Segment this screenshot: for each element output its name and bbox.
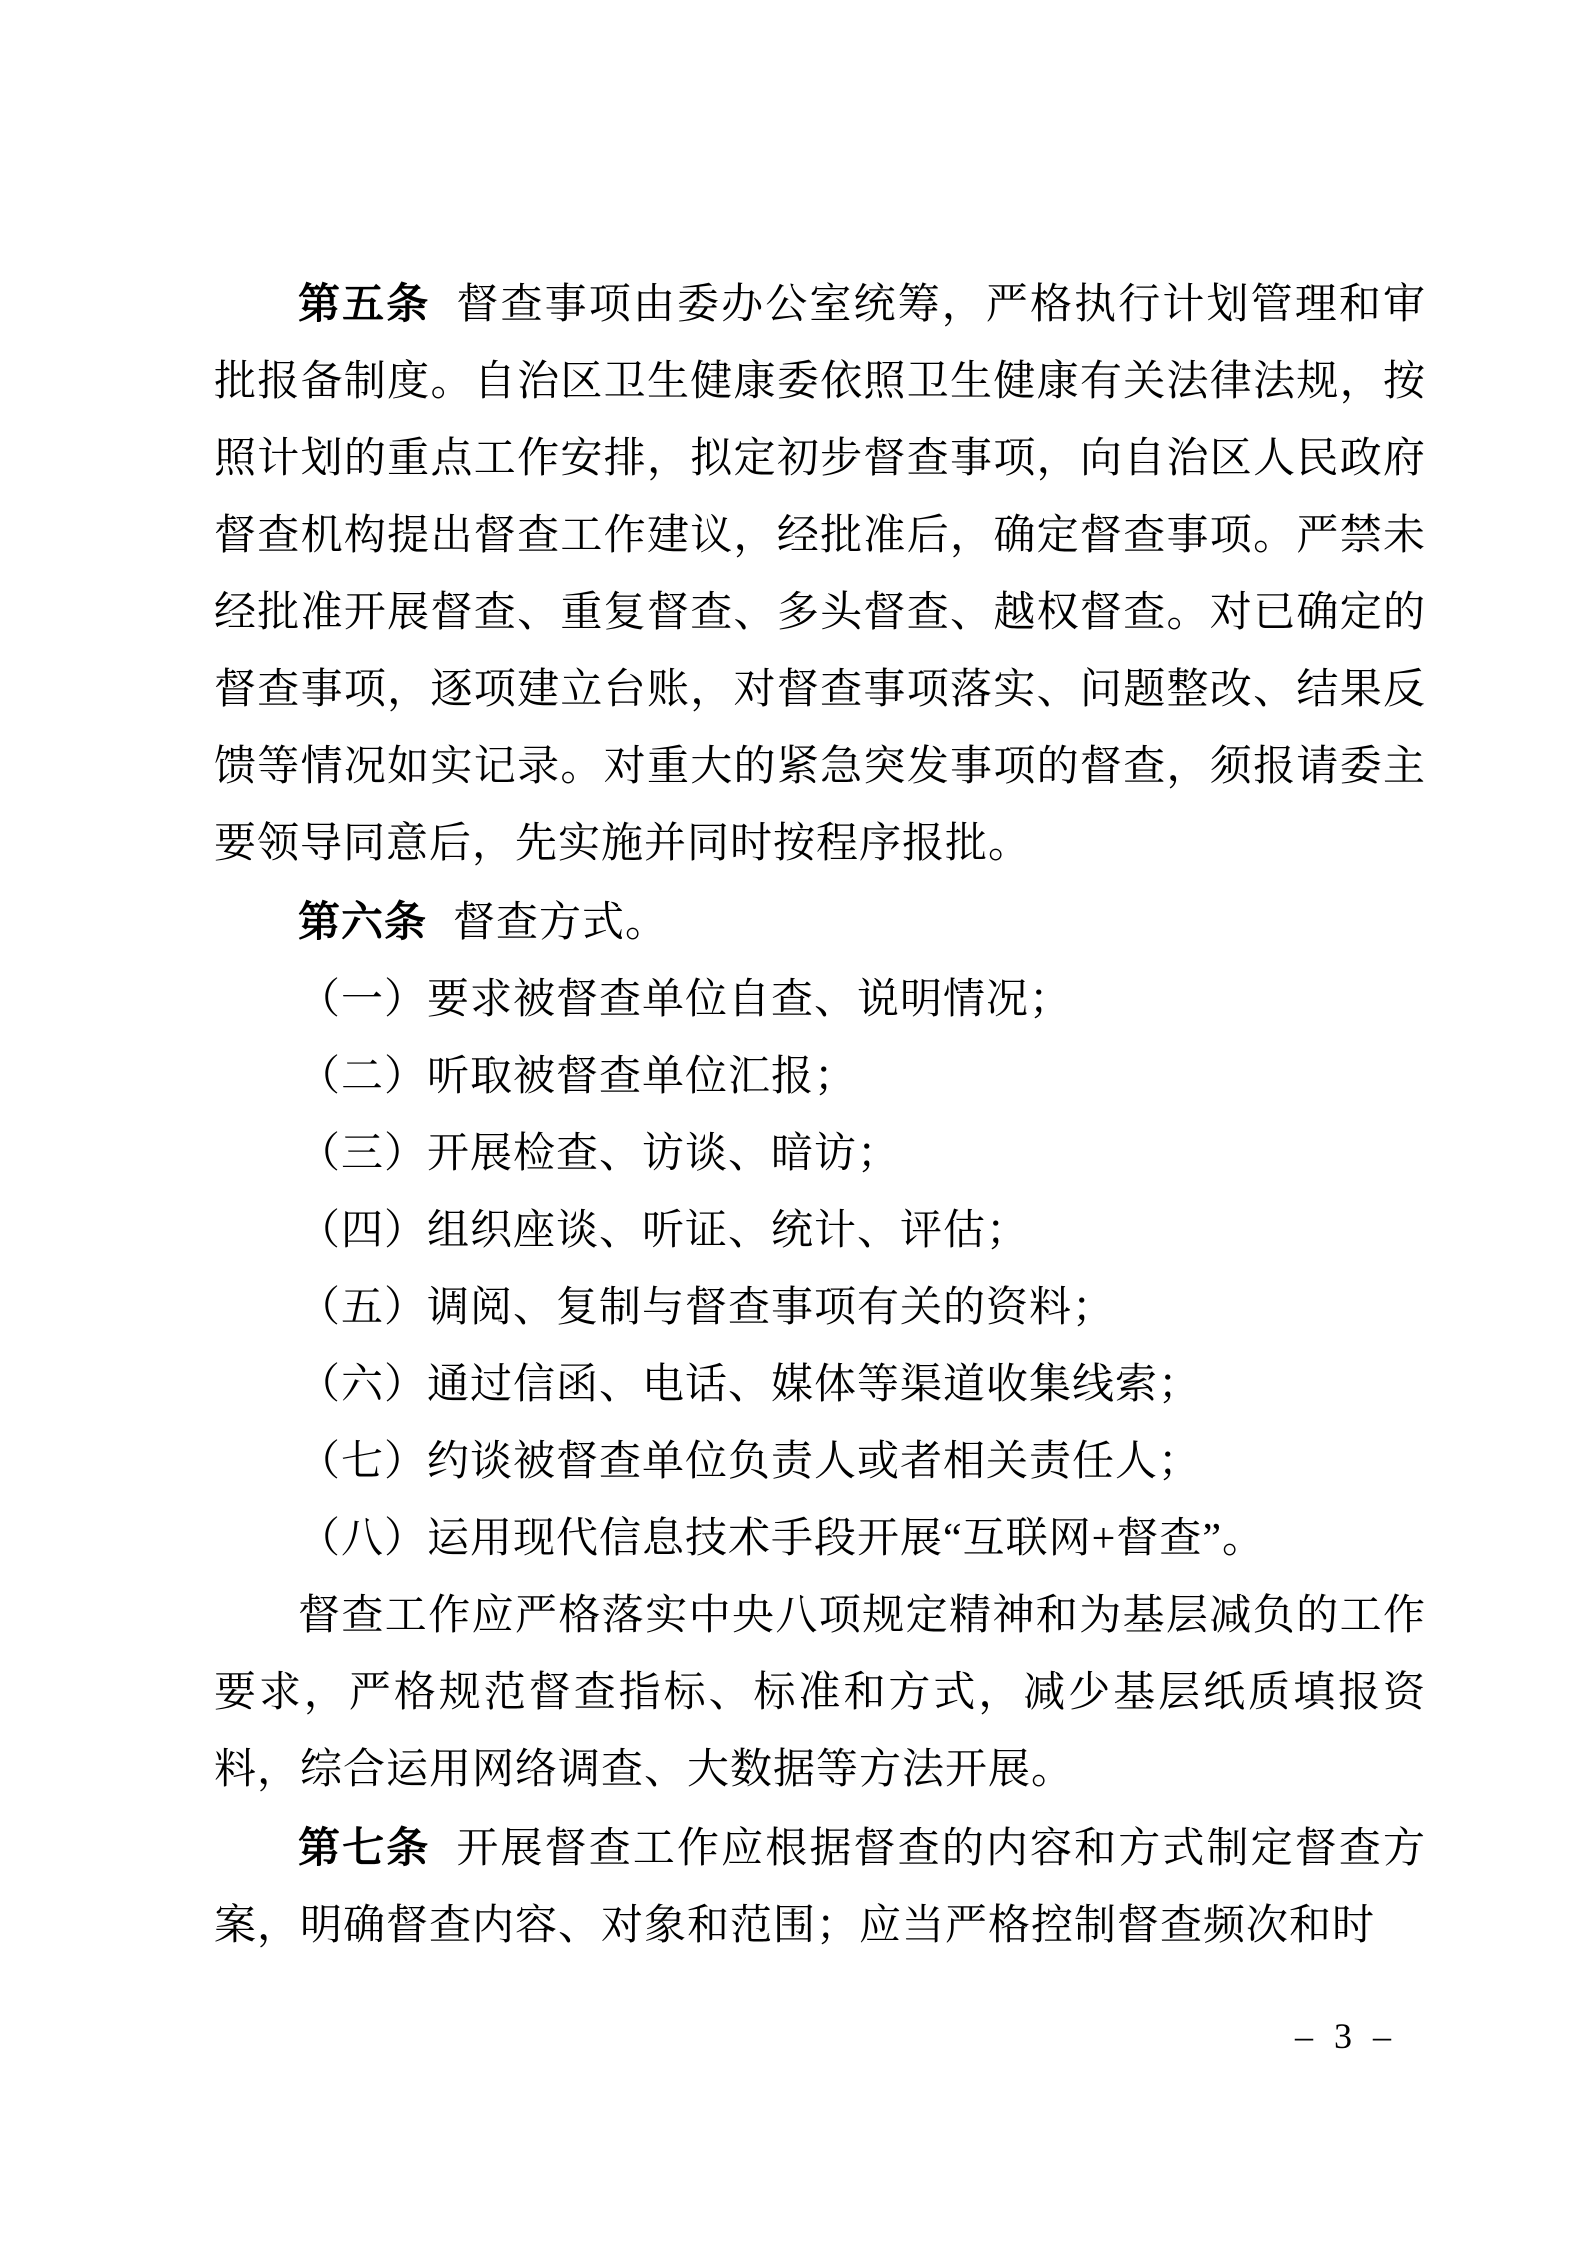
method-item-8: （八）运用现代信息技术手段开展“互联网+督查”。 [214, 1501, 1426, 1578]
method-item-3: （三）开展检查、访谈、暗访； [214, 1116, 1426, 1193]
document-body: 第五条督查事项由委办公室统筹，严格执行计划管理和审批报备制度。自治区卫生健康委依… [214, 265, 1426, 1965]
paragraph-article-6: 第六条督查方式。 [214, 883, 1426, 962]
paragraph-article-7: 第七条开展督查工作应根据督查的内容和方式制定督查方案，明确督查内容、对象和范围；… [214, 1809, 1426, 1965]
document-page: 第五条督查事项由委办公室统筹，严格执行计划管理和审批报备制度。自治区卫生健康委依… [0, 0, 1587, 2245]
article-6-label: 第六条 [298, 898, 427, 945]
method-item-1: （一）要求被督查单位自查、说明情况； [214, 962, 1426, 1039]
method-item-5: （五）调阅、复制与督查事项有关的资料； [214, 1270, 1426, 1347]
paragraph-workstyle: 督查工作应严格落实中央八项规定精神和为基层减负的工作要求，严格规范督查指标、标准… [214, 1578, 1426, 1809]
article-5-label: 第五条 [298, 280, 430, 327]
method-item-6: （六）通过信函、电话、媒体等渠道收集线索； [214, 1347, 1426, 1424]
method-item-2: （二）听取被督查单位汇报； [214, 1039, 1426, 1116]
method-item-7: （七）约谈被督查单位负责人或者相关责任人； [214, 1424, 1426, 1501]
article-6-text: 督查方式。 [453, 900, 668, 946]
article-7-label: 第七条 [298, 1824, 430, 1871]
paragraph-article-5: 第五条督查事项由委办公室统筹，严格执行计划管理和审批报备制度。自治区卫生健康委依… [214, 265, 1426, 883]
article-5-text: 督查事项由委办公室统筹，严格执行计划管理和审批报备制度。自治区卫生健康委依照卫生… [214, 282, 1426, 867]
method-item-4: （四）组织座谈、听证、统计、评估； [214, 1193, 1426, 1270]
page-number: – 3 – [1295, 2014, 1397, 2058]
